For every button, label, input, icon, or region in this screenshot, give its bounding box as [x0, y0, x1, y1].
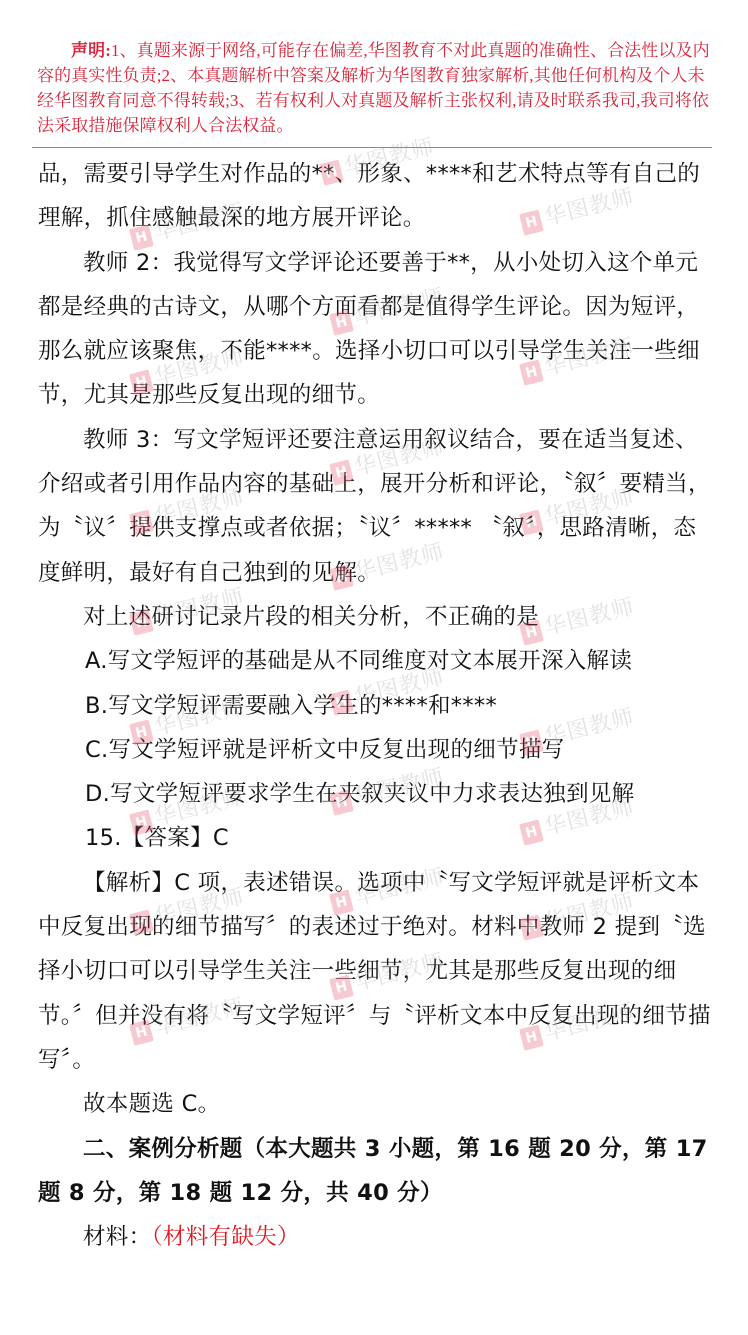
material-line: 材料：（材料有缺失） — [38, 1215, 712, 1259]
conclusion-line: 故本题选 C。 — [38, 1082, 712, 1126]
paragraph-teacher3: 教师 3：写文学短评还要注意运用叙议结合，要在适当复述、介绍或者引用作品内容的基… — [38, 418, 712, 595]
option-c: C.写文学短评就是评析文中反复出现的细节描写 — [38, 728, 712, 772]
material-missing-note: （材料有缺失） — [151, 1224, 299, 1250]
material-label: 材料： — [83, 1224, 151, 1250]
question-content: 品，需要引导学生对作品的**、形象、****和艺术特点等有自己的理解，抓住感触最… — [38, 152, 712, 1259]
disclaimer-text: 1、真题来源于网络,可能存在偏差,华图教育不对此真题的准确性、合法性以及内容的真… — [37, 41, 710, 135]
answer-line: 15.【答案】C — [38, 816, 712, 860]
question-stem: 对上述研讨记录片段的相关分析，不正确的是 — [38, 595, 712, 639]
option-b: B.写文学短评需要融入学生的****和**** — [38, 684, 712, 728]
header-divider — [32, 147, 712, 148]
analysis-paragraph: 【解析】C 项，表述错误。选项中〝写文学短评就是评析文本中反复出现的细节描写〞的… — [38, 861, 712, 1082]
copyright-disclaimer: 声明:1、真题来源于网络,可能存在偏差,华图教育不对此真题的准确性、合法性以及内… — [37, 38, 712, 138]
disclaimer-label: 声明: — [71, 41, 111, 60]
paragraph-teacher1-continued: 品，需要引导学生对作品的**、形象、****和艺术特点等有自己的理解，抓住感触最… — [38, 152, 712, 241]
option-d: D.写文学短评要求学生在夹叙夹议中力求表达独到见解 — [38, 772, 712, 816]
paragraph-teacher2: 教师 2：我觉得写文学评论还要善于**，从小处切入这个单元都是经典的古诗文，从哪… — [38, 241, 712, 418]
section-heading: 二、案例分析题（本大题共 3 小题，第 16 题 20 分，第 17 题 8 分… — [38, 1127, 712, 1216]
document-page: 声明:1、真题来源于网络,可能存在偏差,华图教育不对此真题的准确性、合法性以及内… — [0, 0, 748, 1335]
option-a: A.写文学短评的基础是从不同维度对文本展开深入解读 — [38, 639, 712, 683]
